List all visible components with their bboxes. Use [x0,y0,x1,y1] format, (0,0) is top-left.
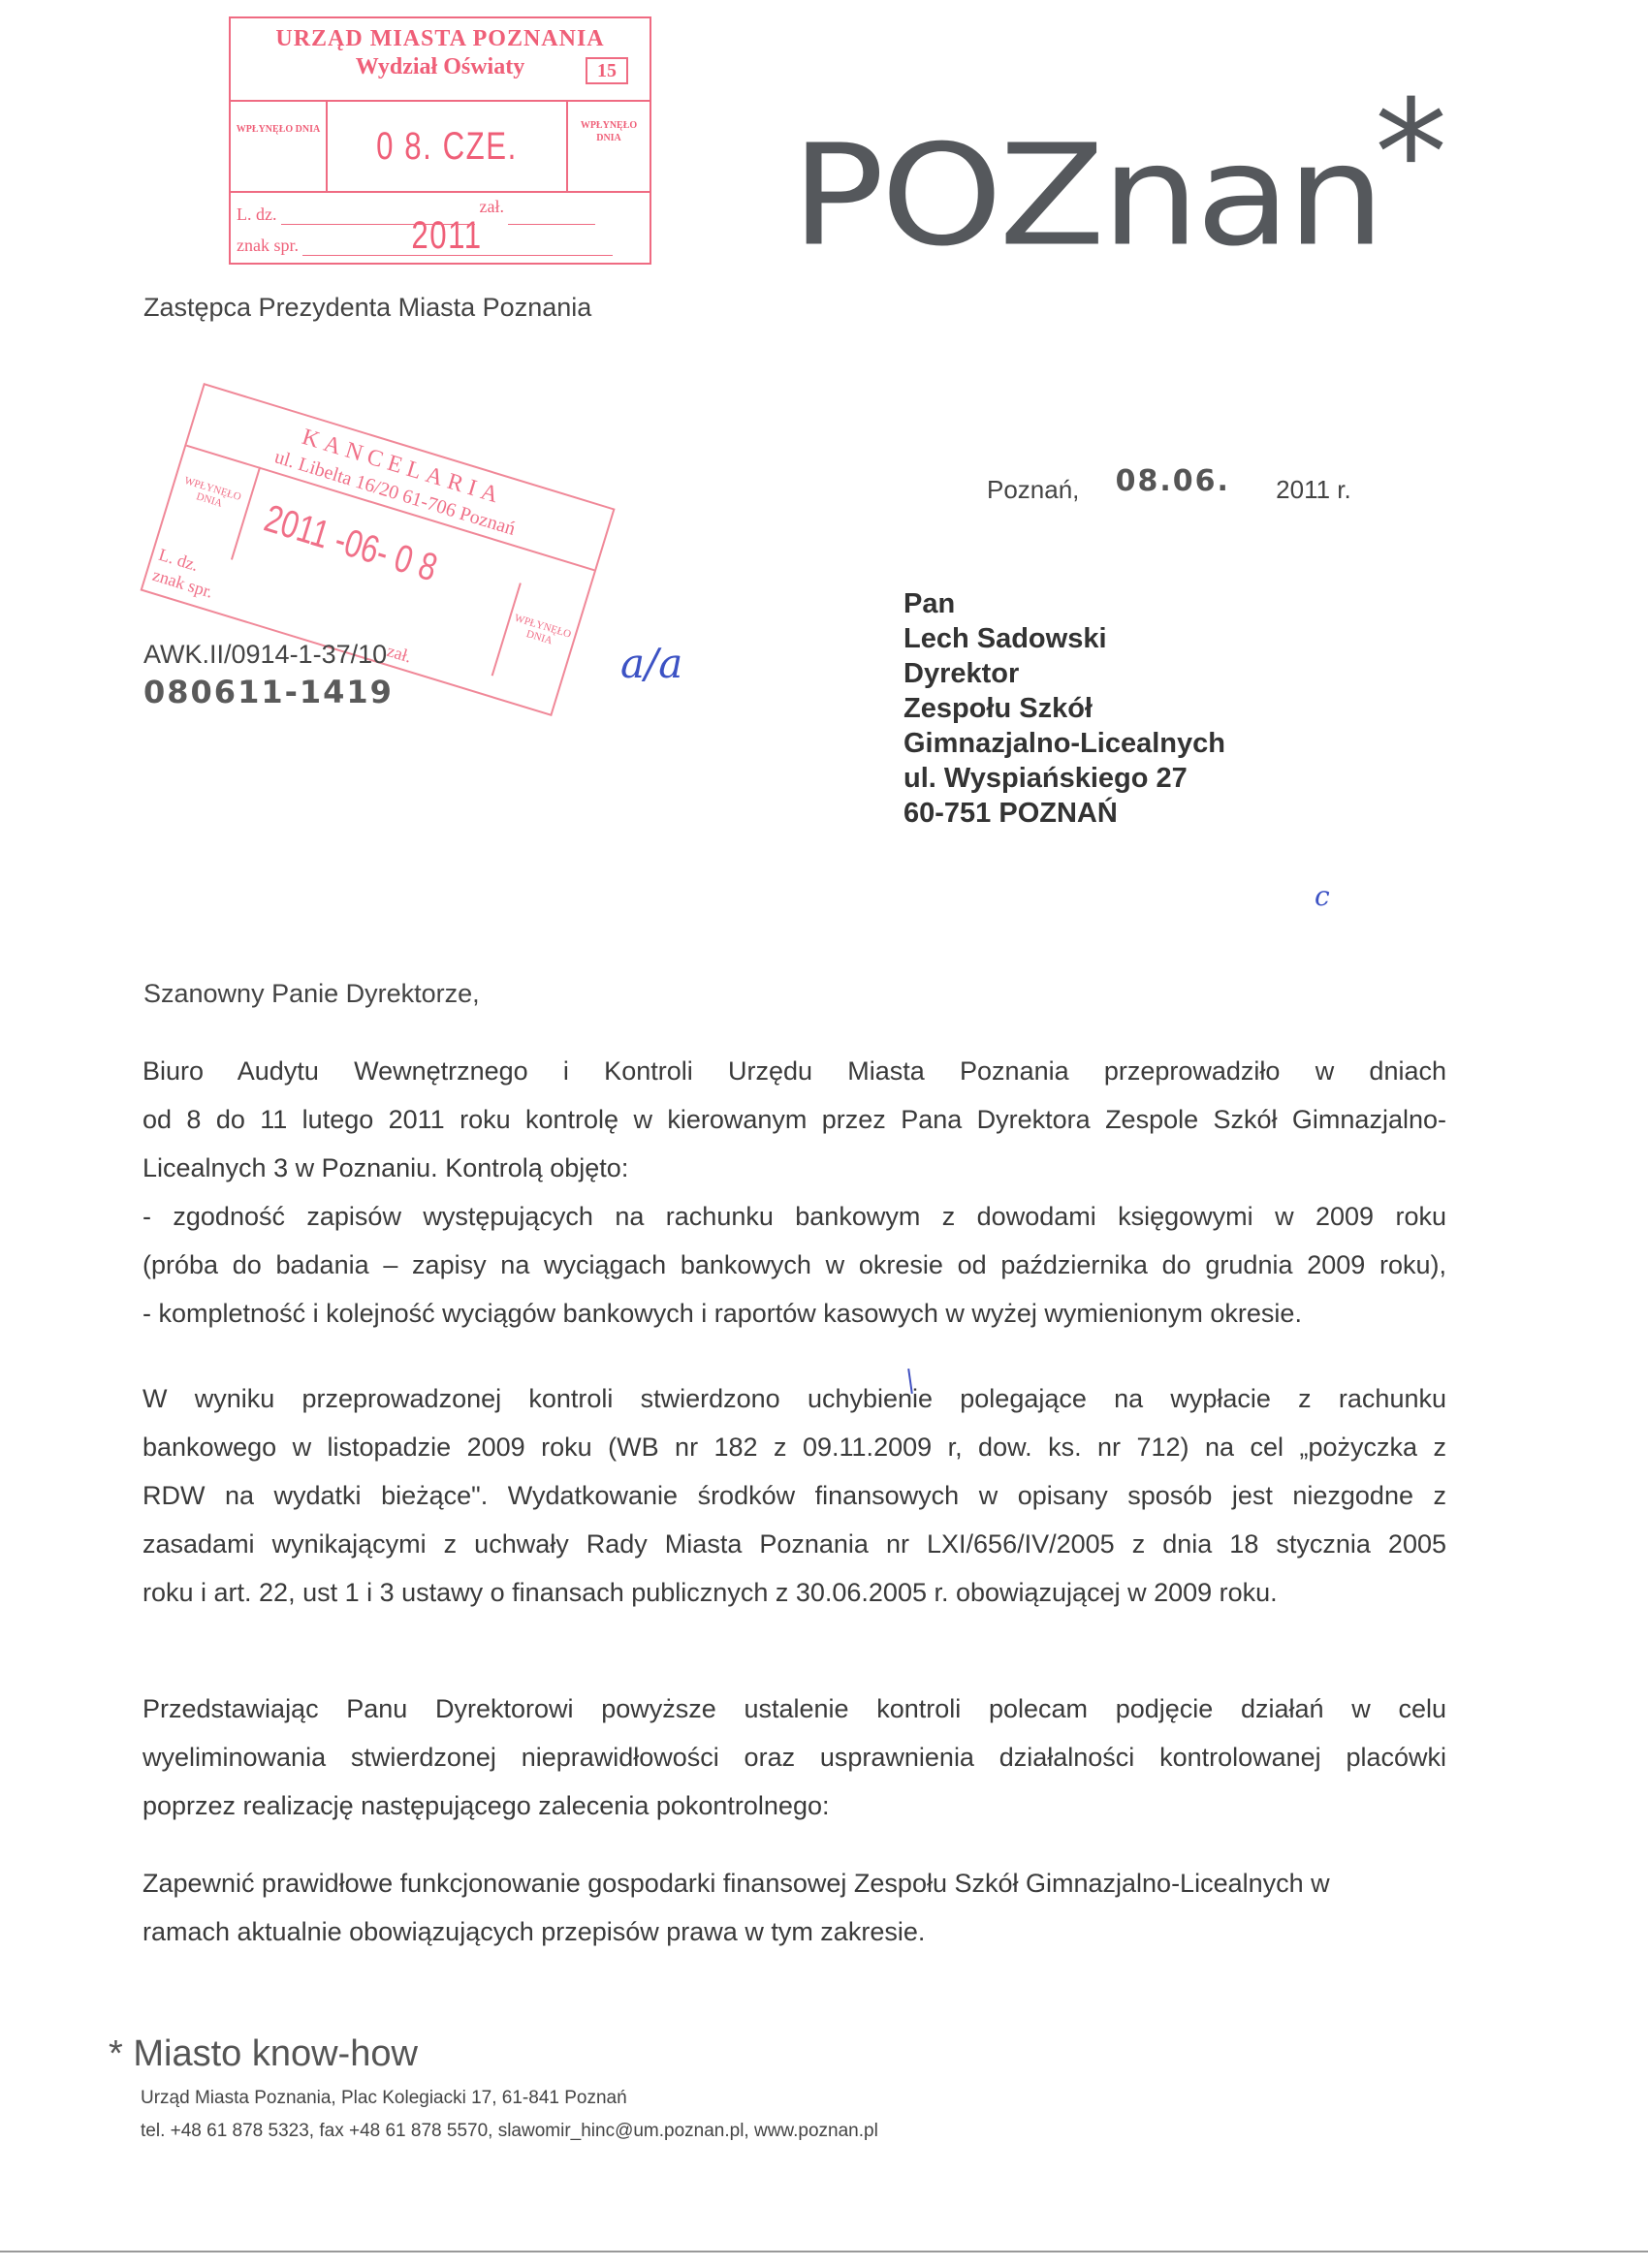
recipient-line: Pan [903,586,1225,621]
text-line: od 8 do 11 lutego 2011 roku kontrolę w k… [143,1095,1446,1144]
case-number: AWK.II/0914-1-37/10 [143,640,387,670]
text-line: Licealnych 3 w Poznaniu. Kontrolą objęto… [143,1144,1446,1192]
handwritten-initials: a/a [620,640,682,687]
stamp-row-znak: znak spr. [237,236,644,256]
recipient-line: ul. Wyspiańskiego 27 [903,761,1225,796]
recipient-line: 60-751 POZNAŃ [903,796,1225,831]
paragraph-4: Zapewnić prawidłowe funkcjonowanie gospo… [143,1859,1446,1956]
text-line: bankowego w listopadzie 2009 roku (WB nr… [143,1423,1446,1471]
page-edge-line [0,2251,1648,2252]
stamp-ldz-label: L. dz. [237,205,276,224]
text-line: Przedstawiając Panu Dyrektorowi powyższe… [143,1685,1446,1733]
recipient-address: Pan Lech Sadowski Dyrektor Zespołu Szkół… [903,586,1225,831]
stamp-line [281,223,475,225]
stamp-date: 0 8. CZE. 2011 [356,102,539,191]
chancellery-attach: zał. [385,641,415,668]
stamp-line [302,254,613,256]
stamp-number: 15 [586,57,628,84]
stamp-line [508,223,595,225]
text-line: Biuro Audytu Wewnętrznego i Kontroli Urz… [143,1047,1446,1095]
stamp-znak-label: znak spr. [237,236,299,255]
chancellery-left-label: WPŁYNĘŁO DNIA [158,445,261,560]
text-line: (próba do badania – zapisy na wyciągach … [143,1241,1446,1289]
footer-address: Urząd Miasta Poznania, Plac Kolegiacki 1… [141,2088,627,2109]
text-line: poprzez realizację następującego zalecen… [143,1781,1446,1830]
greeting: Szanowny Panie Dyrektorze, [143,979,480,1009]
text-line: Zapewnić prawidłowe funkcjonowanie gospo… [143,1859,1446,1907]
handwritten-date: 08.06. [1116,464,1230,498]
text-line: - zgodność zapisów występujących na rach… [143,1192,1446,1241]
stamp-row-ldz: L. dz. zał. [237,205,644,225]
recipient-line: Lech Sadowski [903,621,1225,656]
text-line: roku i art. 22, ust 1 i 3 ustawy o finan… [143,1568,1446,1617]
text-line: W wyniku przeprowadzonej kontroli stwier… [143,1374,1446,1423]
recipient-line: Dyrektor [903,656,1225,691]
received-stamp: URZĄD MIASTA POZNANIA Wydział Oświaty 15… [229,16,651,265]
text-line: zasadami wynikającymi z uchwały Rady Mia… [143,1520,1446,1568]
stamp-date-row: WPŁYNĘŁO DNIA 0 8. CZE. 2011 WPŁYNĘŁO DN… [231,102,650,193]
year: 2011 r. [1276,475,1351,505]
sender-title: Zastępca Prezydenta Miasta Poznania [143,293,591,323]
text-line: ramach aktualnie obowiązujących przepisó… [143,1907,1446,1956]
stamp-left-label: WPŁYNĘŁO DNIA [231,102,328,191]
poznan-logo: POZnan [791,126,1381,266]
handwritten-mark: c [1315,880,1330,912]
footer-contact: tel. +48 61 878 5323, fax +48 61 878 557… [141,2121,878,2142]
stamp-header: URZĄD MIASTA POZNANIA Wydział Oświaty 15 [231,18,650,102]
text-line: RDW na wydatki bieżące". Wydatkowanie śr… [143,1471,1446,1520]
logo-asterisk-icon: * [1375,81,1447,227]
place: Poznań, [987,475,1079,505]
stamp-attach-label: zał. [479,197,503,216]
paragraph-2: W wyniku przeprowadzonej kontroli stwier… [143,1374,1446,1617]
paragraph-1: Biuro Audytu Wewnętrznego i Kontroli Urz… [143,1047,1446,1338]
chancellery-right-label: WPŁYNĘŁO DNIA [491,583,585,695]
footer-brand: * Miasto know-how [109,2033,418,2075]
recipient-line: Zespołu Szkół [903,691,1225,726]
text-line: - kompletność i kolejność wyciągów banko… [143,1289,1446,1338]
text-line: wyeliminowania stwierdzonej nieprawidłow… [143,1733,1446,1781]
paragraph-3: Przedstawiając Panu Dyrektorowi powyższe… [143,1685,1446,1830]
stamp-office: URZĄD MIASTA POZNANIA [231,26,650,52]
stamp-right-label: WPŁYNĘŁO DNIA [566,102,650,191]
handwritten-number: 080611-1419 [143,674,394,710]
recipient-line: Gimnazjalno-Licealnych [903,726,1225,761]
place-date: Poznań, 08.06. 2011 r. [987,472,1351,506]
